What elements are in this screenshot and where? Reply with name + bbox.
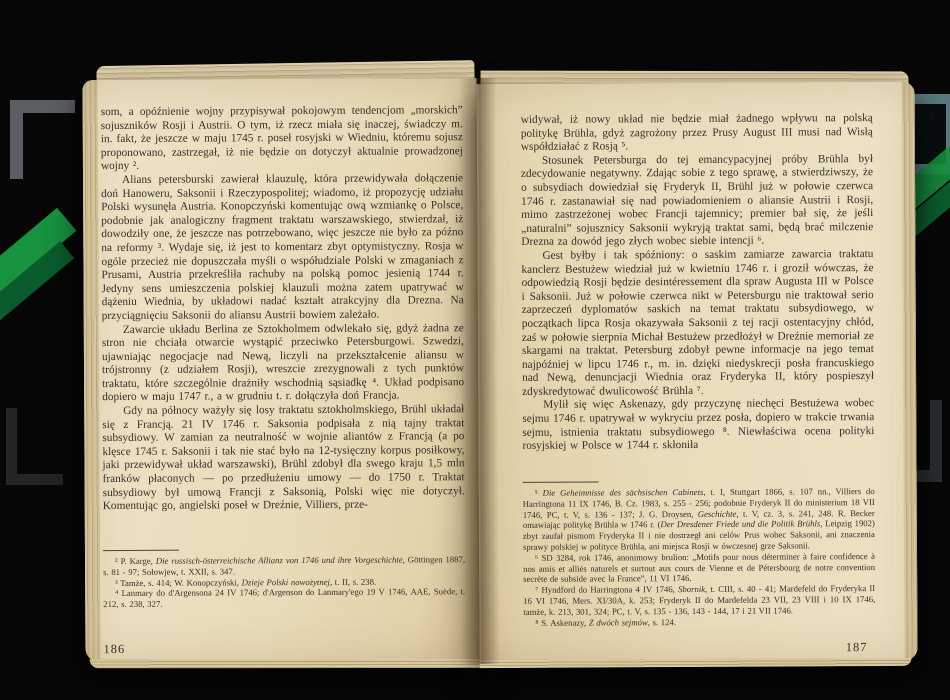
corner-bracket-left-decor — [6, 408, 63, 485]
paragraph: Gest byłby i tak spóźniony: o saskim zam… — [521, 248, 874, 399]
page-left-body: som, a opóźnienie wojny przypisywał poko… — [101, 104, 465, 514]
footnotes-right: ⁵ Die Geheimnisse des sächsischen Cabine… — [523, 486, 876, 628]
footnote: ⁴ Lanmary do d'Argensona 24 IV 1746; d'A… — [103, 587, 465, 610]
paragraph: Zawarcie układu Berlina ze Sztokholmem o… — [102, 322, 464, 405]
footnote-block-right: ⁵ Die Geheimnisse des sächsischen Cabine… — [523, 480, 876, 628]
page-right-body: widywał, iż nowy układ nie będzie miał ż… — [521, 112, 875, 454]
paragraph: Gdy na północy ważyły się losy traktatu … — [102, 403, 465, 514]
paragraph: widywał, iż nowy układ nie będzie miał ż… — [521, 112, 873, 155]
page-right: widywał, iż nowy układ nie będzie miał ż… — [477, 82, 918, 662]
footnote-divider — [103, 550, 179, 551]
paragraph: som, a opóźnienie wojny przypisywał poko… — [101, 104, 463, 174]
footnote: ⁶ SD 3284, rok 1746, anonimowy brulion: … — [523, 551, 875, 585]
footnote: ⁵ Die Geheimnisse des sächsischen Cabine… — [523, 486, 875, 553]
page-number-left: 186 — [103, 642, 125, 657]
page-number-right: 187 — [846, 640, 868, 655]
footnotes-left: ² P. Karge, Die russisch-österreichische… — [103, 554, 465, 610]
paragraph: Alians petersburski zawierał klauzulę, k… — [101, 172, 464, 323]
paragraph: Mylił się więc Askenazy, gdy przyczynę n… — [522, 398, 874, 454]
paragraph: Stosunek Petersburga do tej emancypacyjn… — [521, 153, 873, 250]
open-book: som, a opóźnienie wojny przypisywał poko… — [82, 54, 917, 670]
photo-of-open-book: { "colors": { "paper": "#e9dcba", "ink":… — [0, 0, 950, 700]
page-left: som, a opóźnienie wojny przypisywał poko… — [83, 78, 480, 662]
footnote-divider — [523, 481, 599, 482]
footnote: ⁷ Hyndford do Harringtona 4 IV 1746, Sbo… — [523, 583, 875, 617]
footnote-block-left: ² P. Karge, Die russisch-österreichische… — [103, 548, 465, 610]
footnote: ⁸ S. Askenazy, Z dwóch sejmów, s. 124. — [523, 616, 875, 629]
footnote: ² P. Karge, Die russisch-österreichische… — [103, 554, 465, 577]
corner-bracket-decor — [10, 100, 75, 179]
